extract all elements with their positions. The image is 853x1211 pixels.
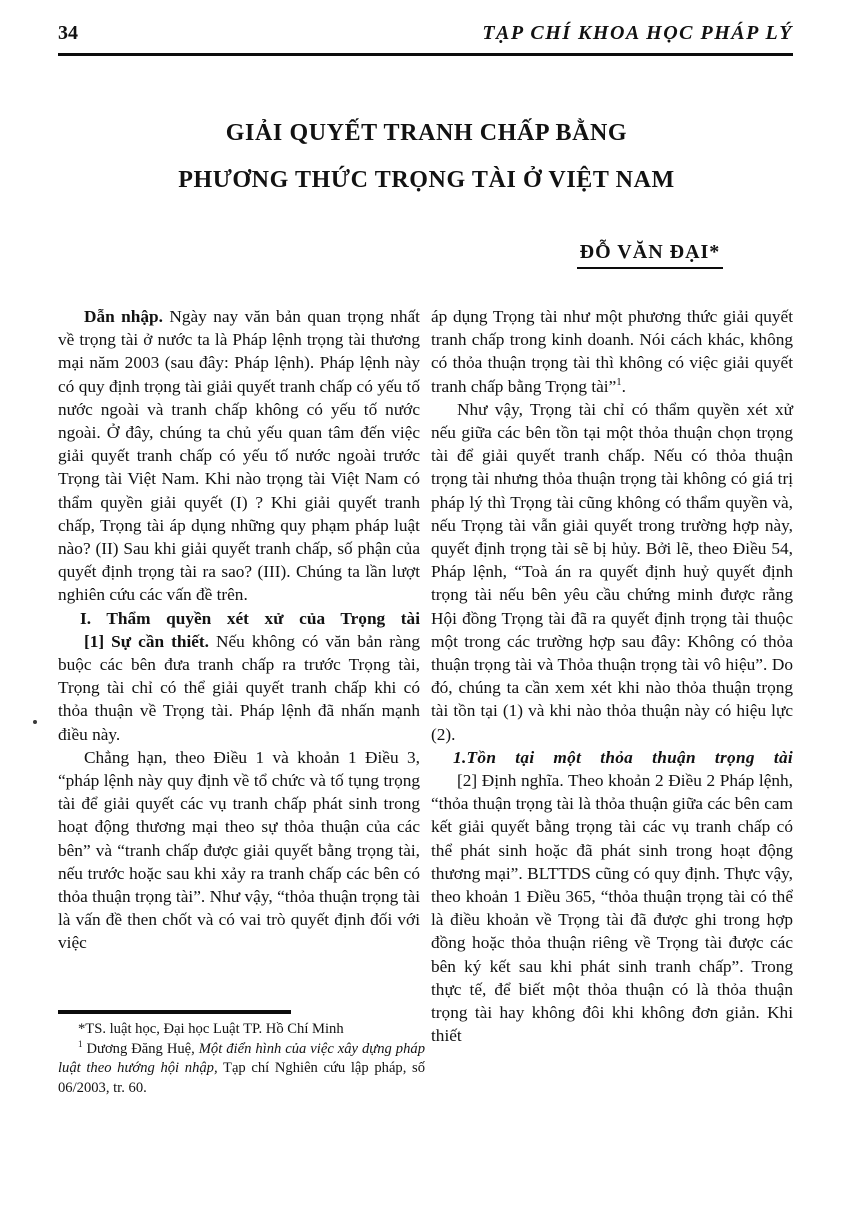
left-column: Dẫn nhập. Ngày nay văn bản quan trọng nh…: [58, 305, 420, 1048]
paragraph-1: [1] Sự cần thiết. Nếu không có văn bản r…: [58, 630, 420, 746]
subsection-heading-1: 1.Tồn tại một thỏa thuận trọng tài: [431, 746, 793, 769]
paragraph-2: Chẳng hạn, theo Điều 1 và khoản 1 Điều 3…: [58, 746, 420, 955]
paragraph-intro: Dẫn nhập. Ngày nay văn bản quan trọng nh…: [58, 305, 420, 607]
paragraph-5-text: Theo khoản 2 Điều 2 Pháp lệnh, “thỏa thu…: [431, 771, 793, 1045]
paragraph-3-continuation: áp dụng Trọng tài như một phương thức gi…: [431, 305, 793, 398]
footnotes: *TS. luật học, Đại học Luật TP. Hồ Chí M…: [58, 1010, 425, 1098]
article-body: Dẫn nhập. Ngày nay văn bản quan trọng nh…: [58, 305, 793, 1048]
journal-page: 34 TẠP CHÍ KHOA HỌC PHÁP LÝ GIẢI QUYẾT T…: [0, 0, 853, 1211]
footnote-author-affiliation: *TS. luật học, Đại học Luật TP. Hồ Chí M…: [58, 1020, 425, 1040]
footnote-1: 1 Dương Đăng Huệ, Một điển hình của việc…: [58, 1040, 425, 1099]
paragraph-4: Như vậy, Trọng tài chỉ có thẩm quyền xét…: [431, 398, 793, 746]
footnote-separator-rule: [58, 1010, 291, 1014]
article-title: GIẢI QUYẾT TRANH CHẤP BẰNG PHƯƠNG THỨC T…: [0, 110, 853, 204]
paragraph-3-text: áp dụng Trọng tài như một phương thức gi…: [431, 307, 793, 396]
paragraph-3-tail: .: [622, 377, 626, 396]
page-header: 34 TẠP CHÍ KHOA HỌC PHÁP LÝ: [58, 22, 793, 45]
journal-title: TẠP CHÍ KHOA HỌC PHÁP LÝ: [482, 22, 793, 45]
author-line: ĐỖ VĂN ĐẠI*: [505, 241, 795, 269]
paragraph-intro-lead: Dẫn nhập.: [84, 307, 163, 326]
scan-artifact-dot: [33, 720, 37, 724]
paragraph-intro-text: Ngày nay văn bản quan trọng nhất về trọn…: [58, 307, 420, 604]
article-title-line2: PHƯƠNG THỨC TRỌNG TÀI Ở VIỆT NAM: [0, 157, 853, 204]
right-column: áp dụng Trọng tài như một phương thức gi…: [431, 305, 793, 1048]
header-rule: [58, 53, 793, 56]
article-title-line1: GIẢI QUYẾT TRANH CHẤP BẰNG: [0, 110, 853, 157]
paragraph-5-lead: [2] Định nghĩa.: [457, 771, 564, 790]
footnote-1-pre: Dương Đăng Huệ,: [83, 1041, 199, 1057]
paragraph-1-lead: [1] Sự cần thiết.: [84, 632, 209, 651]
paragraph-5: [2] Định nghĩa. Theo khoản 2 Điều 2 Pháp…: [431, 769, 793, 1047]
section-heading-I: I. Thẩm quyền xét xử của Trọng tài: [58, 607, 420, 630]
page-number: 34: [58, 22, 78, 45]
author-name: ĐỖ VĂN ĐẠI*: [577, 241, 724, 269]
